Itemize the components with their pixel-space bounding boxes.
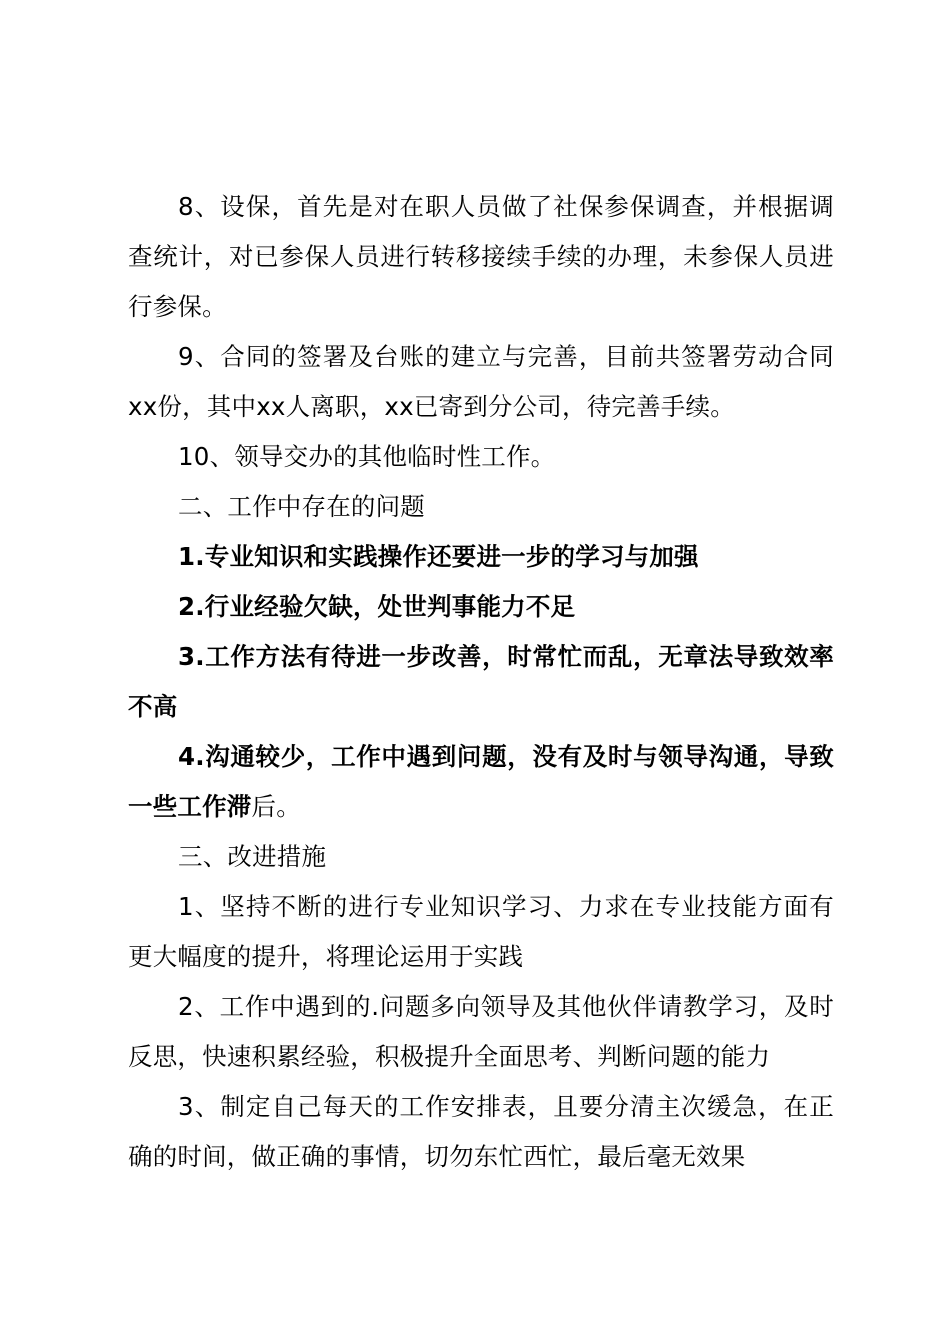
problem-item-3: 3.工作方法有待进一步改善，时常忙而乱，无章法导致效率不高 [128, 632, 834, 732]
section-heading-improvements: 三、改进措施 [128, 832, 834, 882]
improvement-item-1: 1、坚持不断的进行专业知识学习、力求在专业技能方面有更大幅度的提升，将理论运用于… [128, 882, 834, 982]
problem-item-4-normal-text: 后。 [252, 792, 301, 821]
problem-item-1: 1.专业知识和实践操作还要进一步的学习与加强 [128, 532, 834, 582]
paragraph-item-10-other-tasks: 10、领导交办的其他临时性工作。 [128, 432, 834, 482]
paragraph-item-9-contracts: 9、合同的签署及台账的建立与完善，目前共签署劳动合同xx份，其中xx人离职，xx… [128, 332, 834, 432]
improvement-item-3: 3、制定自己每天的工作安排表，且要分清主次缓急，在正确的时间，做正确的事情，切勿… [128, 1082, 834, 1182]
paragraph-item-8-social-insurance: 8、设保，首先是对在职人员做了社保参保调查，并根据调查统计，对已参保人员进行转移… [128, 182, 834, 332]
problem-item-2: 2.行业经验欠缺，处世判事能力不足 [128, 582, 834, 632]
improvement-item-2: 2、工作中遇到的.问题多向领导及其他伙伴请教学习，及时反思，快速积累经验，积极提… [128, 982, 834, 1082]
document-page: 8、设保，首先是对在职人员做了社保参保调查，并根据调查统计，对已参保人员进行转移… [128, 182, 834, 1182]
section-heading-problems: 二、工作中存在的问题 [128, 482, 834, 532]
problem-item-4: 4.沟通较少，工作中遇到问题，没有及时与领导沟通，导致一些工作滞后。 [128, 732, 834, 832]
problem-item-4-bold-text: 4.沟通较少，工作中遇到问题，没有及时与领导沟通，导致一些工作滞 [128, 742, 834, 821]
